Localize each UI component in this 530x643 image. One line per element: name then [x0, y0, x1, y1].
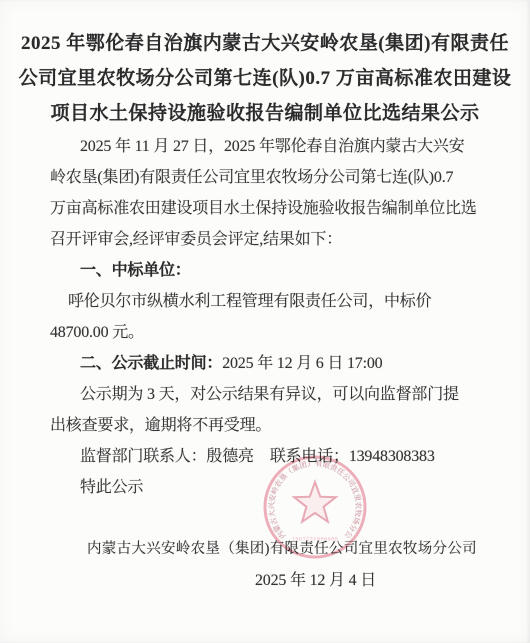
paragraph1-line4: 召开评审会,经评审委员会评定,结果如下：: [50, 224, 484, 255]
paragraph1-line3: 万亩高标准农田建设项目水土保持设施验收报告编制单位比选: [50, 193, 484, 224]
document-title: 2025 年鄂伦春自治旗内蒙古大兴安岭农垦(集团)有限责任 公司宜里农牧场分公司…: [0, 0, 530, 131]
section2-line: 二、公示截止时间：2025 年 12 月 6 日 17:00: [50, 348, 484, 379]
title-line-1: 2025 年鄂伦春自治旗内蒙古大兴安岭农垦(集团)有限责任: [0, 26, 530, 61]
paragraph3-line2: 出核查要求，逾期将不再受理。: [50, 410, 484, 441]
paragraph1-line1: 2025 年 11 月 27 日，2025 年鄂伦春自治旗内蒙古大兴安: [50, 131, 484, 162]
section1-line1: 呼伦贝尔市纵横水利工程管理有限责任公司，中标价: [50, 286, 484, 317]
seal-star-icon: [294, 482, 336, 522]
section2-deadline: 2025 年 12 月 6 日 17:00: [222, 355, 382, 372]
paragraph1-line2: 岭农垦(集团)有限责任公司宜里农牧场分公司第七连(队)0.7: [50, 162, 484, 193]
signature-date: 2025 年 12 月 4 日: [50, 565, 484, 596]
title-line-2: 公司宜里农牧场分公司第七连(队)0.7 万亩高标准农田建设: [0, 61, 530, 96]
contact-person: 监督部门联系人：殷德亮: [80, 448, 254, 465]
seal-number: 1507231996688: [292, 537, 339, 543]
official-seal-stamp: 内蒙古大兴安岭农垦（集团）有限责任公司宜里农牧场分公司 150723199668…: [257, 449, 373, 565]
section1-line2: 48700.00 元。: [50, 317, 484, 348]
notice-document-page: 2025 年鄂伦春自治旗内蒙古大兴安岭农垦(集团)有限责任 公司宜里农牧场分公司…: [0, 0, 530, 643]
title-line-3: 项目水土保持设施验收报告编制单位比选结果公示: [0, 96, 530, 131]
section2-heading: 二、公示截止时间：: [80, 355, 222, 372]
section1-heading: 一、中标单位：: [50, 255, 484, 286]
paragraph3-line1: 公示期为 3 天，对公示结果有异议，可以向监督部门提: [50, 379, 484, 410]
